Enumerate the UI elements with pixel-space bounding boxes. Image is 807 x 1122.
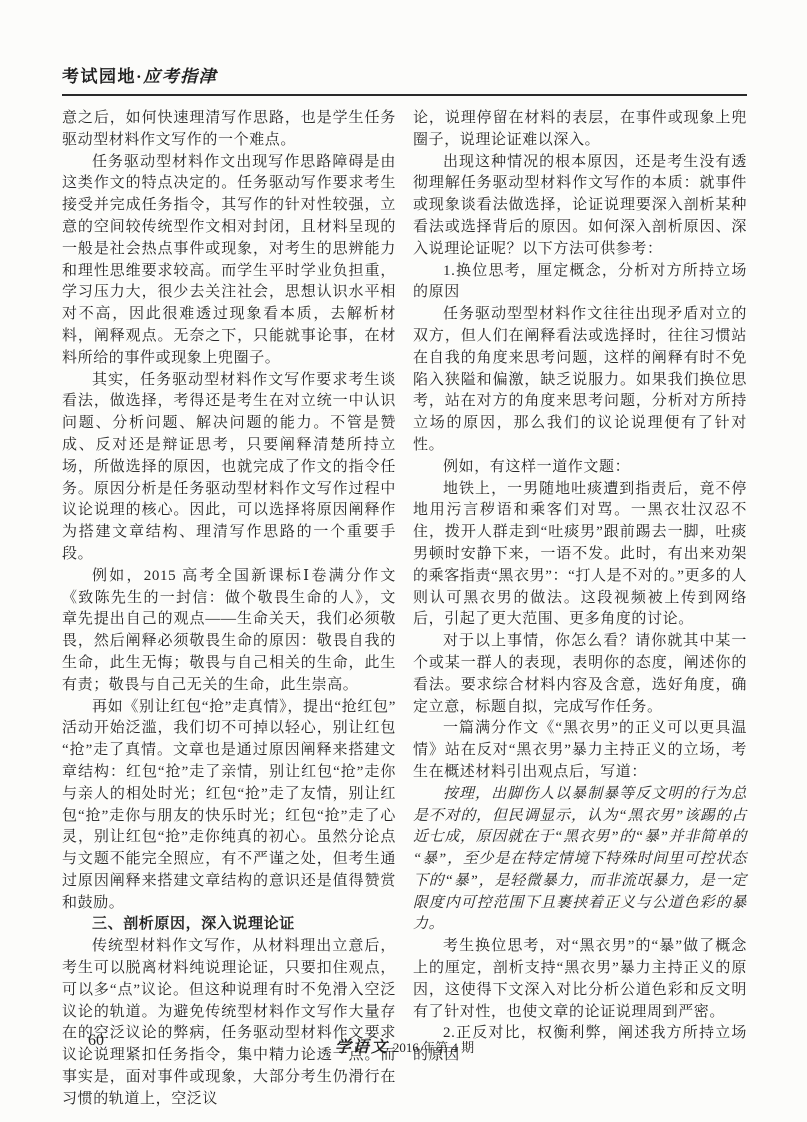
article-body: 意之后，如何快速理清写作思路，也是学生任务驱动型材料作文写作的一个难点。 任务驱…	[62, 108, 747, 1111]
writing-prompt-task: 对于以上事情，你怎么看？请你就其中某一个或某一群人的表现，表明你的态度，阐述你的…	[413, 631, 747, 718]
journal-page: 考试园地·应考指津 意之后，如何快速理清写作思路，也是学生任务驱动型材料作文写作…	[0, 0, 807, 1122]
paragraph: 例如，有这样一道作文题：	[413, 457, 747, 479]
paragraph: 任务驱动型材料作文出现写作思路障碍是由这类作文的特点决定的。任务驱动写作要求考生…	[62, 152, 396, 370]
left-column: 意之后，如何快速理清写作思路，也是学生任务驱动型材料作文写作的一个难点。 任务驱…	[62, 108, 396, 1111]
journal-mark: 学语文2016 年第 4 期	[62, 1034, 747, 1057]
paragraph: 论，说理停留在材料的表层，在事件或现象上兜圈子，说理论证难以深入。	[413, 108, 747, 152]
paragraph: 考生换位思考，对“黑衣男”的“暴”做了概念上的厘定，剖析支持“黑衣男”暴力主持正…	[413, 936, 747, 1023]
page-header: 考试园地·应考指津	[62, 62, 747, 96]
paragraph: 任务驱动型型材料作文往往出现矛盾对立的双方，但人们在阐释看法或选择时，往往习惯站…	[413, 304, 747, 457]
paragraph: 意之后，如何快速理清写作思路，也是学生任务驱动型材料作文写作的一个难点。	[62, 108, 396, 152]
writing-prompt-material: 地铁上，一男随地吐痰遭到指责后，竟不停地用污言秽语和乘客们对骂。一黑衣壮汉忍不住…	[413, 479, 747, 632]
right-column: 论，说理停留在材料的表层，在事件或现象上兜圈子，说理论证难以深入。 出现这种情况…	[413, 108, 747, 1111]
subsection-heading: 1.换位思考，厘定概念，分析对方所持立场的原因	[413, 261, 747, 305]
issue-info: 2016 年第 4 期	[393, 1040, 474, 1055]
section-title: 考试园地·应考指津	[62, 62, 747, 87]
journal-name: 学语文	[335, 1039, 389, 1056]
paragraph: 其实，任务驱动型材料作文写作要求考生谈看法，做选择，考得还是考生在对立统一中认识…	[62, 370, 396, 566]
paragraph: 再如《别让红包“抢”走真情》，提出“抢红包”活动开始泛滥，我们切不可掉以轻心，别…	[62, 697, 396, 915]
section-heading: 三、剖析原因，深入说理论证	[62, 914, 396, 936]
paragraph: 一篇满分作文《“黑衣男”的正义可以更具温情》站在反对“黑衣男”暴力主持正义的立场…	[413, 718, 747, 783]
page-footer: 60 学语文2016 年第 4 期	[62, 1032, 747, 1058]
paragraph: 例如，2015 高考全国新课标Ⅰ卷满分作文《致陈先生的一封信：做个敬畏生命的人》…	[62, 566, 396, 697]
header-rule	[62, 94, 747, 96]
paragraph: 传统型材料作文写作，从材料理出立意后，考生可以脱离材料纯说理论证，只要扣住观点，…	[62, 936, 396, 1110]
student-essay-quote: 按理，出脚伤人以暴制暴等反文明的行为总是不对的，但民调显示，认为“黑衣男”该踢的…	[413, 784, 747, 937]
section-title-sub: 应考指津	[143, 67, 217, 86]
paragraph: 出现这种情况的根本原因，还是考生没有透彻理解任务驱动型材料作文写作的本质：就事件…	[413, 152, 747, 261]
section-title-main: 考试园地	[62, 67, 136, 86]
